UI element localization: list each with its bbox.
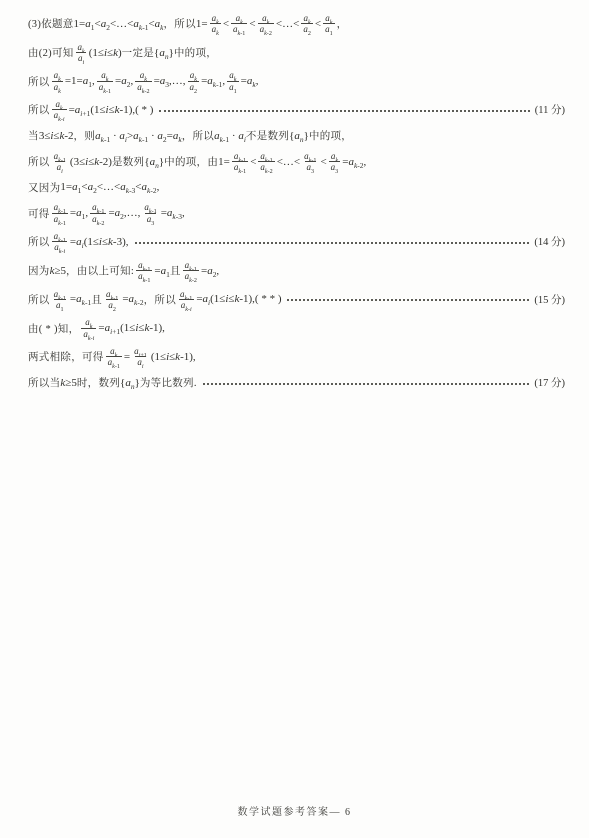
fraction: aka2 [301,13,313,35]
math-run: < [315,18,321,30]
fraction-numerator: ai+1 [132,346,149,356]
fraction: akak-1 [106,346,122,368]
fraction-denominator: ai [55,161,65,172]
text-run: ，则 [74,128,96,143]
fraction-denominator: ak-2 [135,81,151,92]
fraction-numerator: ak [83,317,94,327]
math-run: =a2, [201,265,219,277]
fraction-numerator: ak-1 [178,289,194,299]
math-run: =ak-2, [342,156,366,168]
fraction-numerator: ak [99,70,110,80]
text-run: 中的项， [174,45,217,60]
fraction: ak-1ak-i [178,289,194,311]
fraction: aka1 [227,70,239,92]
math-run: < [249,18,255,30]
solution-line: 可得ak-1ak-1=a1,ak-1ak-2=a2,…,ak-1a3=ak-3, [28,200,565,226]
text-run: ，所以 [163,16,195,31]
math-run: {an} [144,156,164,168]
fraction: akak-2 [135,70,151,92]
fraction-numerator: ak-1 [232,151,248,161]
fraction-numerator: ak [53,99,64,109]
fraction-numerator: ak [210,13,221,23]
dot-leader [287,299,529,301]
fraction-numerator: ak-1 [136,260,152,270]
math-run: {an} [120,377,140,389]
math-run: =a3,…, [154,75,186,87]
fraction-denominator: ai [76,52,86,63]
math-run: ak-1 · ai [214,130,246,142]
math-run: =ai+1(1≤i≤k-1), [98,322,165,334]
text-run: 且 [91,292,102,307]
fraction: akak-2 [258,13,274,35]
text-run: ，由以上可知: [66,263,134,278]
fraction: aka1 [323,13,335,35]
fraction-denominator: ak-1 [97,81,113,92]
text-run: 中的项， [309,128,352,143]
fraction: ak-1ak-2 [258,151,274,173]
fraction-numerator: ak-1 [258,151,274,161]
dot-leader [159,110,529,112]
fraction-denominator: a2 [188,81,200,92]
fraction-denominator: ak-i [81,328,96,339]
fraction-denominator: a2 [106,299,118,310]
text-run: 所以当 [28,375,60,390]
fraction-denominator: a1 [227,81,239,92]
fraction: ak-1ak-1 [232,151,248,173]
text-run: 时，数列 [77,375,120,390]
fraction: ak-1a1 [52,289,68,311]
math-run: 1= [196,18,208,30]
text-run: 由(2)可知 [28,45,74,60]
math-run: 3≤i≤k-2 [39,130,74,142]
fraction-numerator: ak [76,42,87,52]
fraction-denominator: ak [52,81,63,92]
math-run: 1=a1<a2<…<ak-3<ak-2, [60,181,159,193]
math-run: =ak-3, [161,207,185,219]
math-run: (1≤i≤k-1), [151,351,196,363]
fraction: ak-1ai [52,151,68,173]
math-run: = [124,351,130,363]
fraction-numerator: ak [108,346,119,356]
text-run: 所以 [28,154,50,169]
fraction-numerator: ak-1 [52,231,68,241]
fraction-numerator: ak [329,151,340,161]
solution-line: 所以akak=1=a1,akak-1=a2,akak-2=a3,…,aka2=a… [28,68,565,94]
fraction-numerator: ak [52,70,63,80]
fraction-denominator: ak-1 [231,23,247,34]
fraction-denominator: ai [135,356,145,367]
math-run: k≥5 [60,377,76,389]
score-label: (15 分) [534,292,565,307]
fraction-denominator: ak-2 [90,213,106,224]
fraction-denominator: ak-i [52,241,67,252]
text-run: 当 [28,128,39,143]
text-run: 中的项，由 [164,154,218,169]
math-run: < [320,156,326,168]
fraction: ak-1ak-2 [90,202,106,224]
page-footer-label: 数学试题参考答案— 6 [0,803,589,818]
fraction-denominator: ak-1 [52,213,68,224]
fraction-denominator: ak-2 [183,270,199,281]
fraction-denominator: ak-i [52,109,67,120]
solution-line: 两式相除，可得akak-1=ai+1ai(1≤i≤k-1), [28,344,565,370]
dot-leader [203,383,530,385]
text-run: 是数列 [112,154,144,169]
fraction: aka2 [188,70,200,92]
fraction-numerator: ak [138,70,149,80]
fraction-numerator: ak [234,13,245,23]
fraction-numerator: ak [188,70,199,80]
fraction-numerator: ak-1 [52,202,68,212]
text-run: 所以 [28,102,50,117]
math-run: 1=a1<a2<…<ak-1<ak [74,18,164,30]
math-run: (3≤i≤k-2) [70,156,112,168]
math-run: =ai(1≤i≤k-3), [70,236,129,248]
fraction-numerator: ak [323,13,334,23]
fraction: akak [52,70,63,92]
fraction: akak-i [81,317,96,339]
solution-line: 由( * )知，akak-i=ai+1(1≤i≤k-1), [28,315,565,341]
solution-line: 所以ak-1a1=ak-1且ak-1a2=ak-2，所以ak-1ak-i=ai(… [28,287,565,313]
math-run: <…< [277,156,300,168]
math-run: =a1, [70,207,88,219]
math-run: <…< [276,18,299,30]
text-run: 由( * )知， [28,321,79,336]
fraction-denominator: ak-1 [136,270,152,281]
solution-line: 所以akak-i=ai+1(1≤i≤k-1),( * )(11 分) [28,97,565,123]
solution-lines: (3)依题意 1=a1<a2<…<ak-1<ak，所以 1=akak<akak-… [28,11,565,396]
fraction-denominator: a1 [323,23,335,34]
text-run: ，所以 [144,292,176,307]
solution-line: (3)依题意 1=a1<a2<…<ak-1<ak，所以 1=akak<akak-… [28,11,565,37]
fraction-denominator: a3 [145,213,157,224]
solution-line: 所以当 k≥5 时，数列{an}为等比数列.(17 分) [28,373,565,393]
math-run: {an} [154,47,174,59]
fraction: aka3 [329,151,341,173]
fraction-numerator: ak [227,70,238,80]
text-run: 可得 [28,206,50,221]
math-run: (1≤i≤k) [89,47,122,59]
fraction-denominator: ak-2 [258,23,274,34]
math-run: =ai(1≤i≤k-1),( * * ) [196,293,281,305]
solution-line: 所以ak-1ak-i=ai(1≤i≤k-3),(14 分) [28,229,565,255]
math-run: =ak-1 [70,293,91,305]
fraction-numerator: ak-1 [183,260,199,270]
fraction: ak-1ak-i [52,231,68,253]
fraction: akak-1 [231,13,247,35]
math-run: =a1 [154,265,169,277]
solution-line: 由(2)可知akai(1≤i≤k)一定是{an}中的项， [28,40,565,66]
fraction-denominator: a1 [54,299,66,310]
fraction: ak-1ak-1 [52,202,68,224]
fraction: ak-1ak-2 [183,260,199,282]
fraction: akai [76,42,87,64]
fraction-numerator: ak-1 [90,202,106,212]
text-run: 因为 [28,263,50,278]
math-run: =1=a1, [65,75,95,87]
text-run: 且 [170,263,181,278]
dot-leader [135,242,530,244]
math-run: {an} [289,130,309,142]
math-run: < [223,18,229,30]
fraction: akak-i [52,99,67,121]
solution-line: 又因为 1=a1<a2<…<ak-3<ak-2, [28,177,565,197]
text-run: 为等比数列. [140,375,197,390]
score-label: (14 分) [534,234,565,249]
math-run: k≥5 [50,265,66,277]
fraction-denominator: ak-2 [258,161,274,172]
score-label: (11 分) [535,102,565,117]
math-run: =ak, [241,75,259,87]
fraction: ai+1ai [132,346,149,368]
fraction-denominator: a2 [301,23,313,34]
text-run: ， [337,16,348,31]
fraction-numerator: ak-1 [52,151,68,161]
fraction-numerator: ak-1 [142,202,158,212]
solution-line: 因为 k≥5，由以上可知:ak-1ak-1=a1 且ak-1ak-2=a2, [28,258,565,284]
fraction-numerator: ak [301,13,312,23]
text-run: 又因为 [28,180,60,195]
fraction: akak-1 [97,70,113,92]
math-run: =ak-1, [201,75,225,87]
math-run: ak-1 · ai>ak-1 · a2=ak [95,130,182,142]
fraction-numerator: ak [260,13,271,23]
fraction-denominator: a3 [305,161,317,172]
fraction-denominator: ak-1 [232,161,248,172]
score-label: (17 分) [534,375,565,390]
fraction: ak-1a3 [142,202,158,224]
fraction-numerator: ak-1 [52,289,68,299]
solution-line: 当 3≤i≤k-2，则 ak-1 · ai>ak-1 · a2=ak，所以 ak… [28,126,565,146]
text-run: ，所以 [182,128,214,143]
math-run: =ak-2 [122,293,143,305]
fraction-denominator: ak [210,23,221,34]
text-run: 两式相除，可得 [28,349,104,364]
text-run: 所以 [28,74,50,89]
text-run: (3)依题意 [28,16,74,31]
math-run: < [250,156,256,168]
fraction-numerator: ak-1 [104,289,120,299]
math-run: =a2, [115,75,133,87]
fraction-denominator: ak-1 [106,356,122,367]
fraction: ak-1a2 [104,289,120,311]
math-run: 1= [218,156,230,168]
text-run: 所以 [28,292,50,307]
text-run: 不是数列 [246,128,289,143]
solution-line: 所以ak-1ai(3≤i≤k-2)是数列{an}中的项，由 1=ak-1ak-1… [28,149,565,175]
fraction-numerator: ak-1 [302,151,318,161]
math-run: =a2,…, [108,207,140,219]
text-run: 一定是 [122,45,154,60]
fraction: akak [210,13,221,35]
fraction: ak-1a3 [302,151,318,173]
fraction-denominator: ak-i [179,299,194,310]
fraction: ak-1ak-1 [136,260,152,282]
math-run: =ai+1(1≤i≤k-1),( * ) [69,104,154,116]
fraction-denominator: a3 [329,161,341,172]
text-run: 所以 [28,234,50,249]
